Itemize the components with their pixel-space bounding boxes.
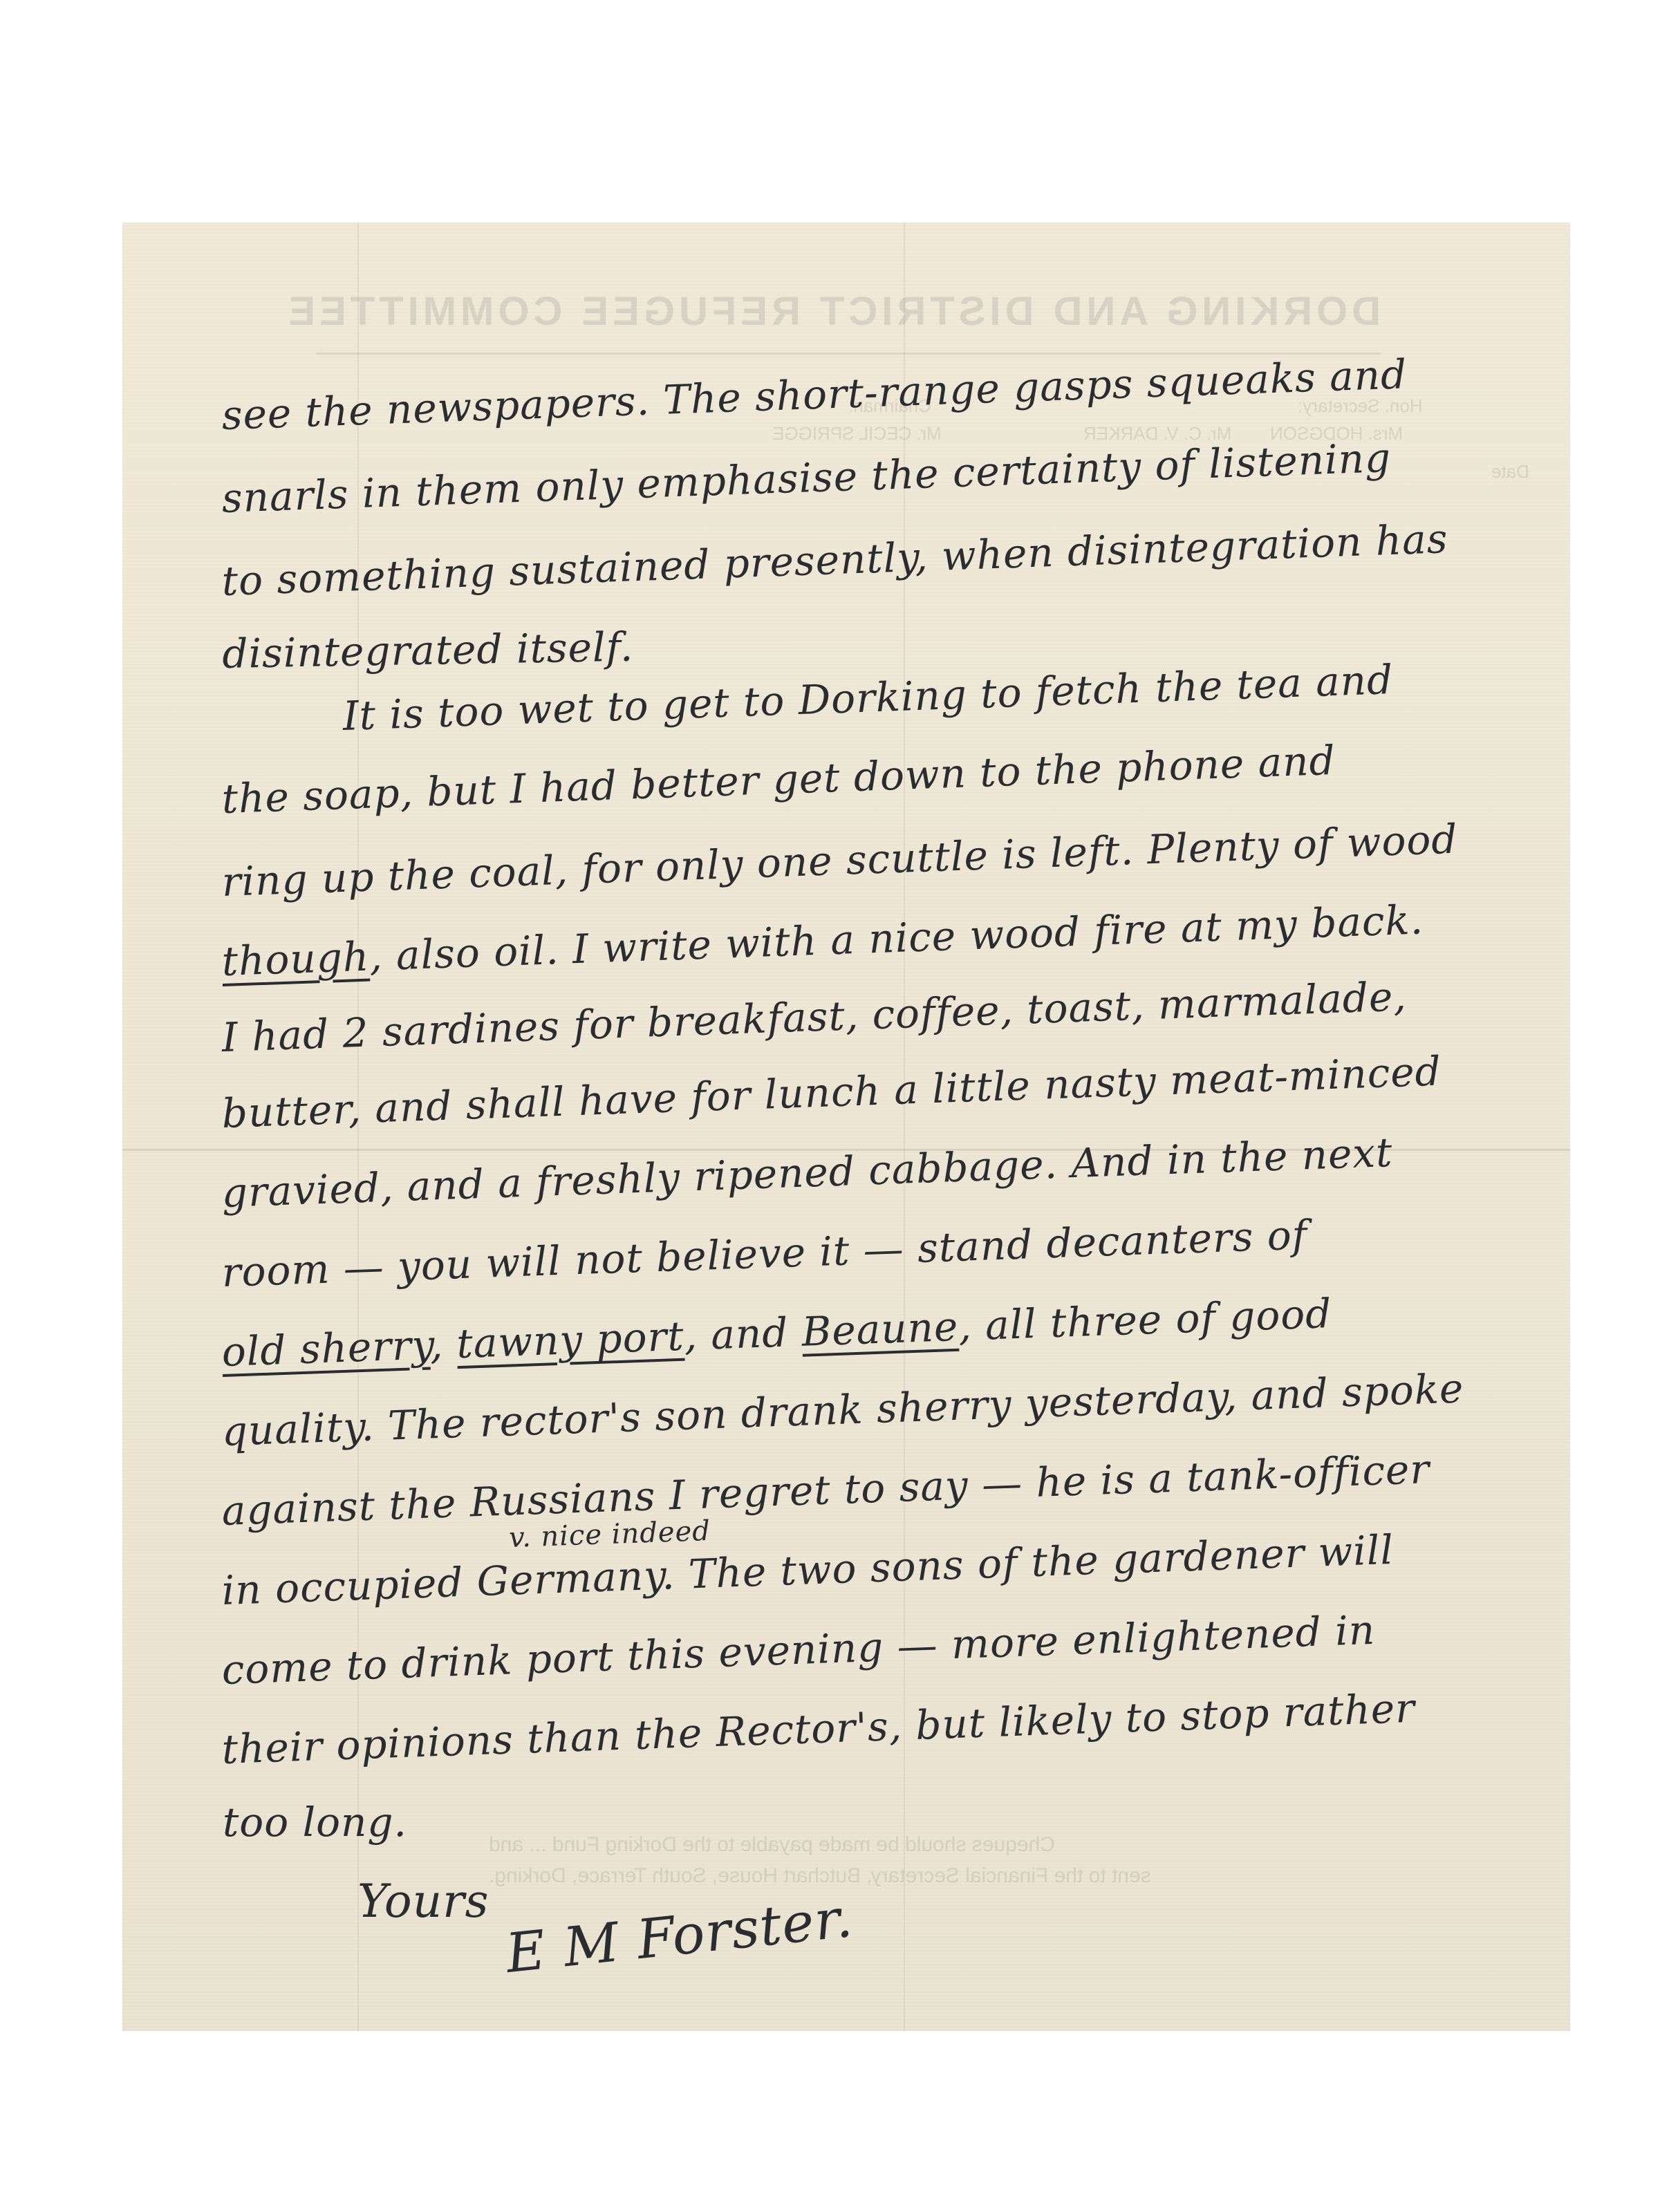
- letter-line-2: snarls in them only emphasise the certai…: [221, 434, 1392, 522]
- letter-line-4: disintegrated itself.: [222, 624, 634, 677]
- letter-line-7: ring up the coal, for only one scuttle i…: [221, 816, 1459, 906]
- letterhead-footer-1: Cheques should be made payable to the Do…: [489, 1833, 1055, 1857]
- letter-line-10: butter, and shall have for lunch a littl…: [221, 1047, 1442, 1137]
- letterhead-rule: [316, 353, 1381, 355]
- letter-line-13: old sherry, tawny port, and Beaune, all …: [221, 1290, 1333, 1376]
- letter-line-18: their opinions than the Rector's, but li…: [221, 1685, 1416, 1773]
- chairman-name: Mr. CECIL SPRIGGE: [772, 423, 942, 444]
- letter-line-9: I had 2 sardines for breakfast, coffee, …: [221, 973, 1408, 1061]
- letter-line-15: against the Russians I regret to say — h…: [221, 1445, 1430, 1535]
- underlined-phrase: old sherry: [221, 1322, 431, 1376]
- interlinear-insertion: v. nice indeed: [508, 1515, 711, 1554]
- letter-line-8: though, also oil. I write with a nice wo…: [221, 896, 1424, 985]
- letter-line-3: to something sustained presently, when d…: [221, 515, 1449, 605]
- closing-salutation: Yours: [357, 1875, 489, 1928]
- letter-sheet: DORKING AND DISTRICT REFUGEE COMMITTEE H…: [122, 223, 1570, 2031]
- letter-line-17: come to drink port this evening — more e…: [221, 1606, 1377, 1694]
- letter-line-11: gravied, and a freshly ripened cabbage. …: [221, 1129, 1394, 1217]
- signature: E M Forster.: [503, 1887, 856, 1985]
- date-label: Date: [1491, 461, 1529, 482]
- letter-line-6: the soap, but I had better get down to t…: [221, 737, 1336, 823]
- letterhead-heading: DORKING AND DISTRICT REFUGEE COMMITTEE: [316, 288, 1381, 335]
- underlined-phrase: tawny port: [456, 1313, 684, 1367]
- letterhead-footer-2: sent to the Financial Secretary, Butchar…: [489, 1864, 1151, 1888]
- letter-line-12: room — you will not believe it — stand d…: [221, 1211, 1309, 1296]
- underlined-phrase: Beaune: [801, 1303, 960, 1356]
- underlined-phrase: though: [221, 933, 371, 985]
- letter-line-16: in occupied Germany. The two sons of the…: [221, 1526, 1395, 1614]
- letter-line-19: too long.: [223, 1799, 407, 1846]
- letter-line-14: quality. The rector's son drank sherry y…: [221, 1365, 1465, 1455]
